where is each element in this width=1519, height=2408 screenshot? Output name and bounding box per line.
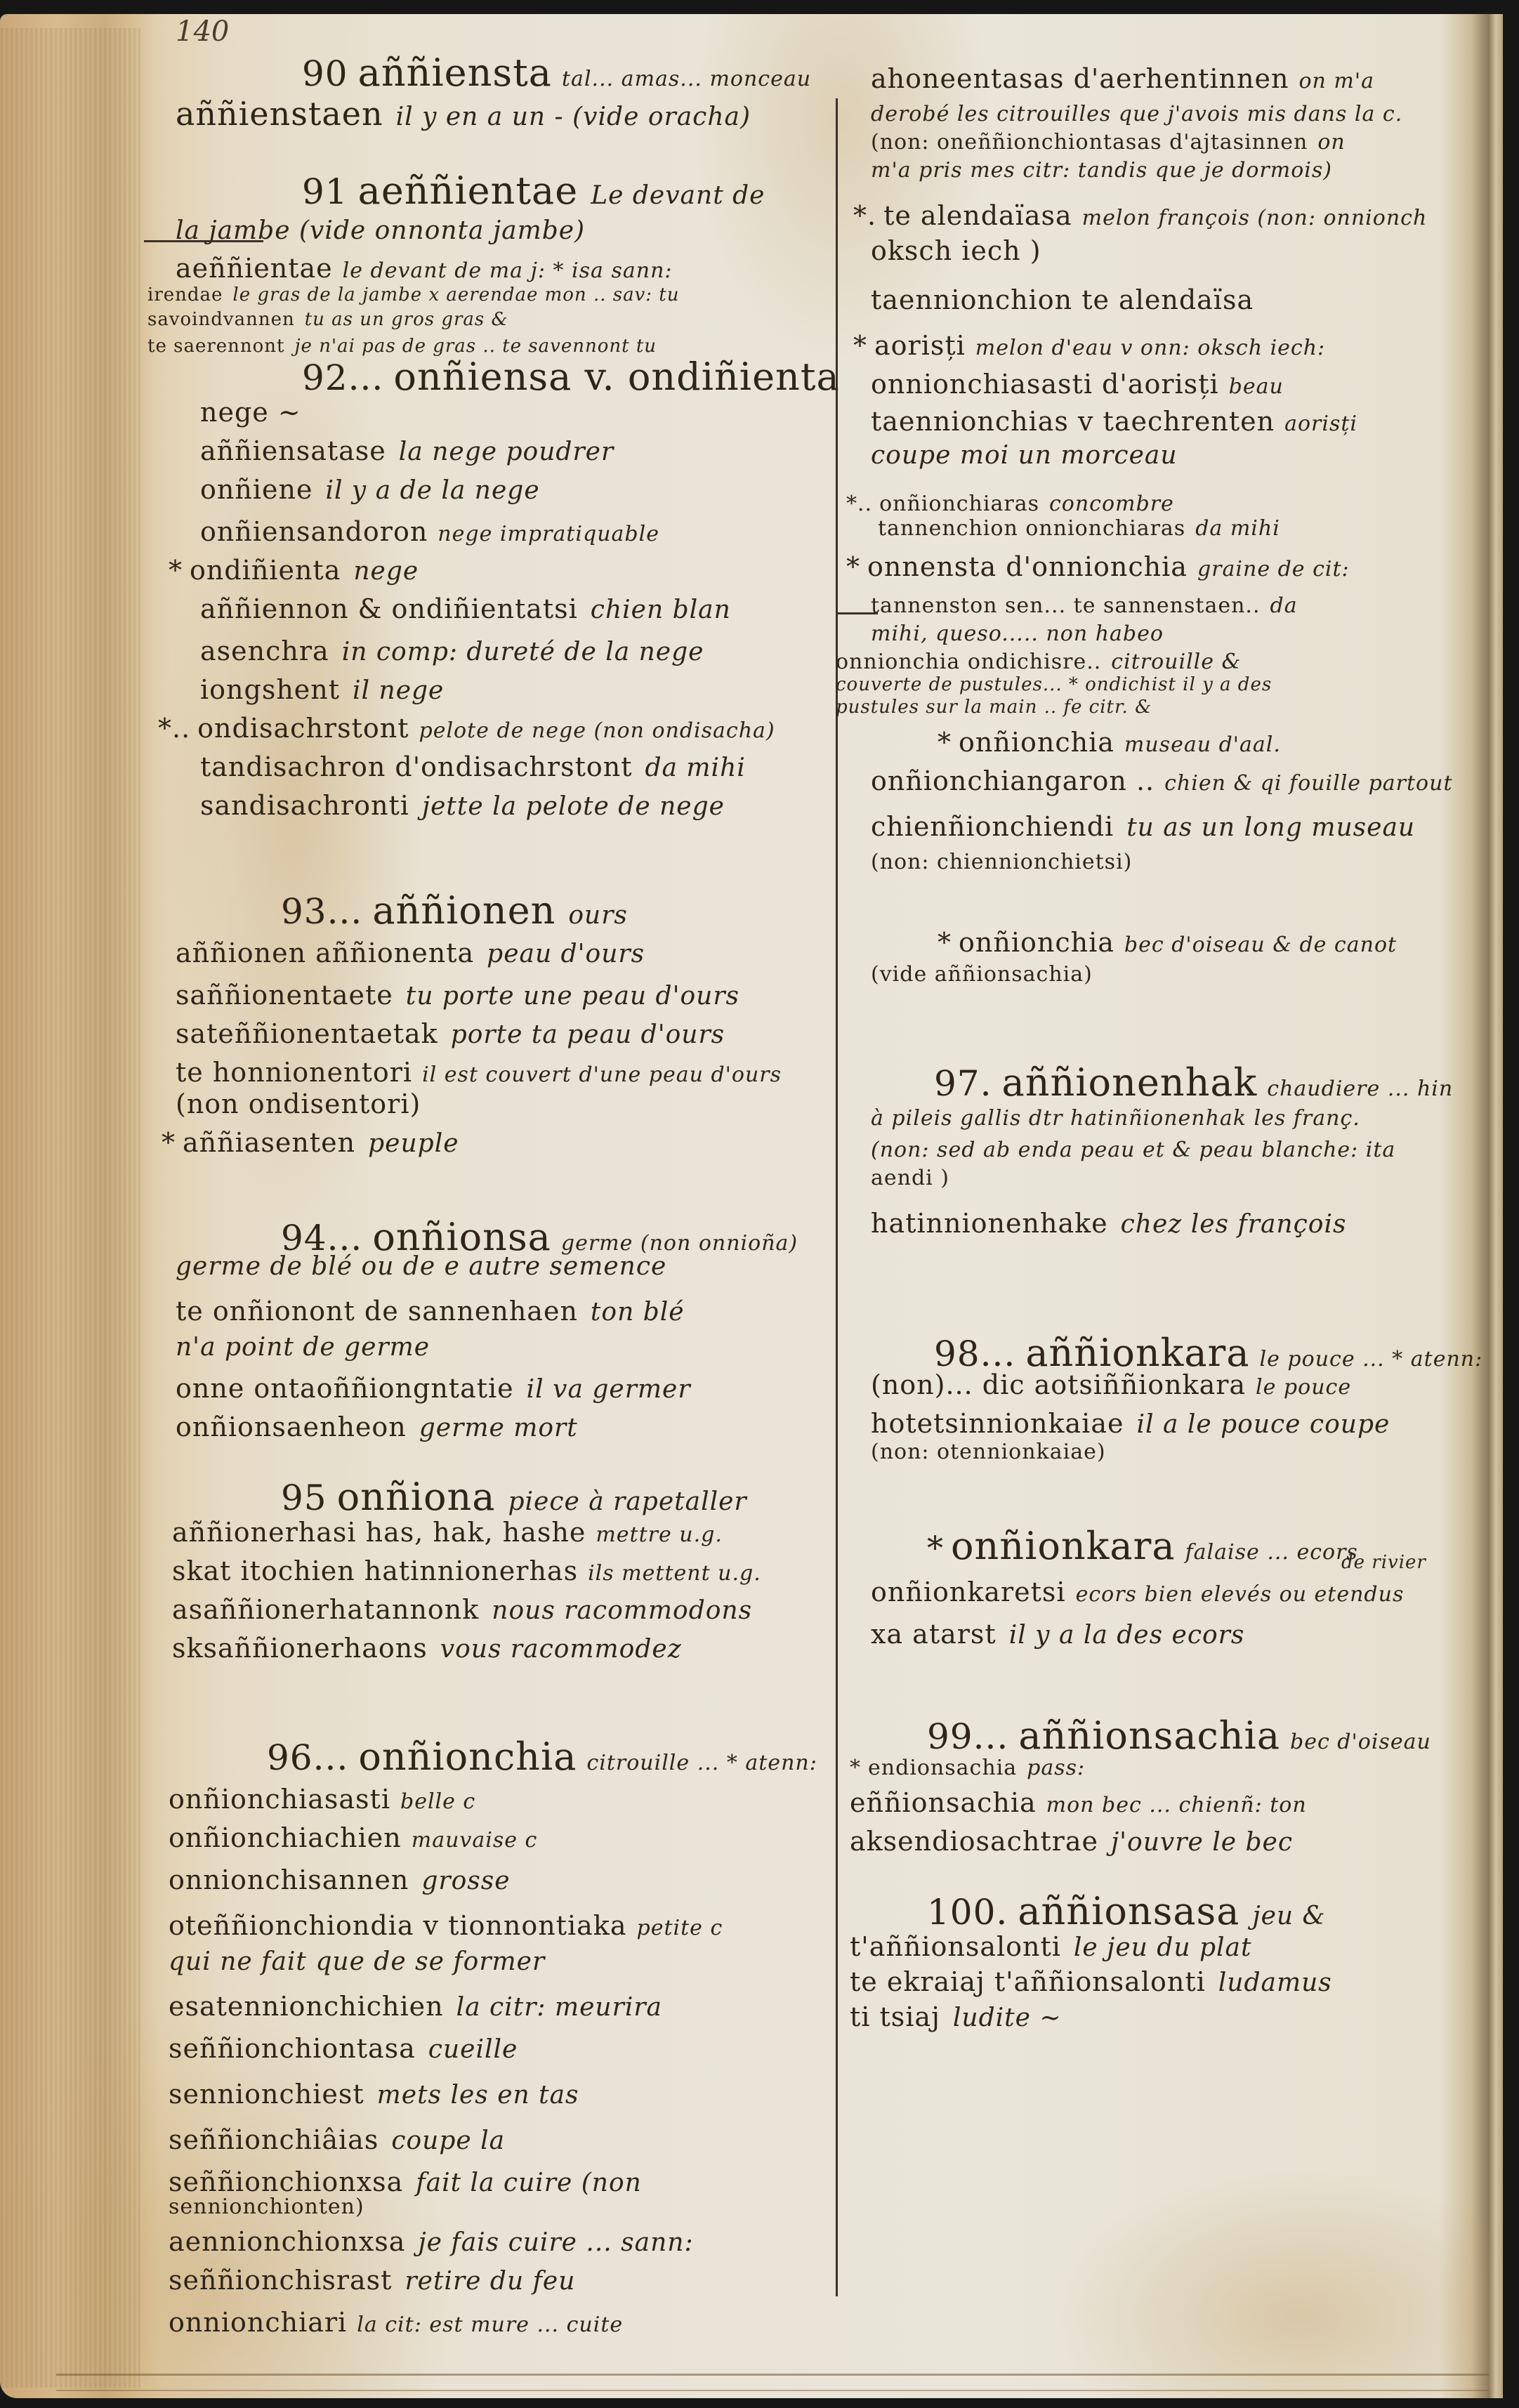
entry-line: hotetsinnionkaiaeil a le pouce coupe xyxy=(871,1408,1390,1439)
entry-line: sandisachrontijette la pelote de nege xyxy=(200,790,725,821)
entry-line: oksch iech ) xyxy=(871,235,1041,266)
entry-line: aennionchionxsaje fais cuire ... sann: xyxy=(169,2226,694,2257)
native-term: aññiensatase xyxy=(200,435,386,466)
native-term: te onñionont de sannenhaen xyxy=(176,1296,578,1327)
gloss: mets les en tas xyxy=(377,2081,579,2110)
entry-number: 100. xyxy=(927,1892,1008,1933)
asterisk-marker: * xyxy=(938,727,952,758)
native-term: saññionentaete xyxy=(176,980,393,1011)
entry-line: onñionchiangaron ..chien & qi fouille pa… xyxy=(871,765,1453,796)
gloss: melon françois (non: onnionch xyxy=(1082,206,1428,230)
native-term: te saerennont xyxy=(147,336,284,357)
native-term: onñiensandoron xyxy=(200,516,428,547)
gloss: peau d'ours xyxy=(487,940,645,968)
entry-92: 92...onñiensa v. ondiñienta xyxy=(302,355,840,399)
native-term: onñiene xyxy=(200,474,313,505)
gloss: il est couvert d'une peau d'ours xyxy=(422,1062,782,1087)
entry-98: 98...aññionkarale pouce ... * atenn: xyxy=(934,1331,1482,1375)
entry-number: 99... xyxy=(927,1716,1008,1757)
gloss: bec d'oiseau xyxy=(1290,1730,1431,1754)
entry-line: (non: otennionkaiae) xyxy=(871,1440,1106,1464)
native-term: onnionchiasasti d'aorisți xyxy=(871,369,1219,400)
entry-line: savoindvannentu as un gros gras & xyxy=(147,309,508,330)
gloss: ludamus xyxy=(1218,1968,1332,1997)
asterisk-marker: * xyxy=(927,1529,944,1567)
entry-line: aksendiosachtraej'ouvre le bec xyxy=(850,1826,1293,1857)
native-term: esatennionchichien xyxy=(169,1991,444,2022)
native-term: te alendaïasa xyxy=(883,200,1072,231)
entry-line: (vide aññionsachia) xyxy=(871,962,1093,987)
entry-line: aññiensatasela nege poudrer xyxy=(200,435,614,466)
entry-line: onñiensandoronnege impratiquable xyxy=(200,516,659,547)
gloss: on xyxy=(1317,130,1345,154)
entry-line: onñieneil y a de la nege xyxy=(200,474,540,505)
headword: aeññientae xyxy=(358,169,579,213)
gloss: da xyxy=(1270,593,1297,618)
gloss: Le devant de xyxy=(591,181,765,210)
entry-line: aeññientaele devant de ma j: * isa sann: xyxy=(176,253,673,284)
insertion-mark xyxy=(836,612,878,614)
gloss: la cit: est mure ... cuite xyxy=(357,2312,623,2337)
entry-line: qui ne fait que de se former xyxy=(169,1945,545,1976)
entry-line: tandisachron d'ondisachrstontda mihi xyxy=(200,751,746,782)
gloss: graine de cit: xyxy=(1197,557,1350,581)
native-term: t'aññionsalonti xyxy=(850,1931,1061,1962)
native-term: onnionchiari xyxy=(169,2307,347,2338)
gloss: aorisți xyxy=(1284,412,1357,436)
native-term: eññionsachia xyxy=(850,1787,1037,1818)
entry-95: 95onñionapiece à rapetaller xyxy=(281,1475,747,1519)
gloss: cueille xyxy=(428,2035,518,2064)
entry-line: saññionentaetetu porte une peau d'ours xyxy=(176,980,739,1011)
native-term: onnionchisannen xyxy=(169,1864,409,1895)
gloss: fait la cuire (non xyxy=(416,2169,642,2197)
native-term: onñionchiangaron .. xyxy=(871,765,1155,796)
gloss: mihi, queso..... non habeo xyxy=(871,621,1164,646)
headword: onñiensa v. ondiñienta xyxy=(393,355,839,399)
gloss: bec d'oiseau & de canot xyxy=(1124,933,1397,957)
entry-line: onnionchisannengrosse xyxy=(169,1864,511,1895)
gloss: la citr: meurira xyxy=(456,1993,662,2022)
native-term: seññionchiontasa xyxy=(169,2033,416,2064)
entry-line: *onñionchiamuseau d'aal. xyxy=(938,727,1281,758)
entry-line: te ekraiaj t'aññionsalontiludamus xyxy=(850,1966,1332,1997)
gloss: ludite ~ xyxy=(953,2004,1062,2032)
native-term: sennionchiest xyxy=(169,2079,364,2110)
native-term: ahoneentasas d'aerhentinnen xyxy=(871,63,1289,94)
asterisk-marker: * xyxy=(169,555,183,586)
native-term: sksaññionerhaons xyxy=(172,1633,428,1664)
asterisk-marker: * xyxy=(850,1756,861,1780)
asterisk-marker: *. xyxy=(853,200,876,231)
gloss: tu as un long museau xyxy=(1126,813,1415,842)
entry-line: onnionchia ondichisre..citrouille & xyxy=(836,650,1241,674)
entry-91: 91aeññientaeLe devant de xyxy=(302,169,765,213)
entry-line: aññienstaenil y en a un - (vide oracha) xyxy=(176,95,751,133)
entry-line: ahoneentasas d'aerhentinnenon m'a xyxy=(871,63,1374,94)
entry-line: sateññionentaetakporte ta peau d'ours xyxy=(176,1018,725,1049)
gloss: la nege poudrer xyxy=(399,437,614,466)
native-term: ti tsiaj xyxy=(850,2001,940,2032)
entry-line: seññionchiâiascoupe la xyxy=(169,2124,505,2155)
gloss: retire du feu xyxy=(405,2267,575,2296)
entry-line: *aññiasentenpeuple xyxy=(162,1127,459,1158)
gloss: citrouille ... * atenn: xyxy=(586,1751,817,1775)
entry-line: hatinnionenhakechez les françois xyxy=(871,1208,1346,1239)
native-term: chienñionchiendi xyxy=(871,811,1114,842)
entry-number: 98... xyxy=(934,1334,1015,1374)
entry-line: irendaele gras de la jambe x aerendae mo… xyxy=(147,284,680,305)
gloss: chien blan xyxy=(591,596,731,624)
entry-line: *endionsachiapass: xyxy=(850,1756,1085,1780)
gloss: il nege xyxy=(353,676,444,705)
gloss: nege xyxy=(353,557,419,586)
asterisk-marker: *.. xyxy=(846,492,872,516)
entry-line: xa atarstil y a la des ecors xyxy=(871,1619,1244,1650)
gloss: pelote de nege (non ondisacha) xyxy=(419,718,775,743)
entry-line: onñionchiasastibelle c xyxy=(169,1784,475,1815)
native-term: asaññionerhatannonk xyxy=(172,1594,479,1625)
gloss: grosse xyxy=(421,1867,510,1895)
gloss: couverte de pustules... * ondichist il y… xyxy=(836,674,1272,695)
entry-line: onñionchiachienmauvaise c xyxy=(169,1822,537,1853)
gloss: le jeu du plat xyxy=(1074,1933,1252,1962)
entry-line: esatennionchichienla citr: meurira xyxy=(169,1991,662,2022)
native-term: aññiasenten xyxy=(183,1127,355,1158)
gloss: germe mort xyxy=(419,1414,578,1442)
gloss: ils mettent u.g. xyxy=(588,1561,761,1586)
native-term: irendae xyxy=(147,284,223,305)
native-term: hatinnionenhake xyxy=(871,1208,1108,1239)
gloss: tu porte une peau d'ours xyxy=(406,982,739,1011)
native-term: onnensta d'onnionchia xyxy=(867,551,1188,582)
entry-90: 90aññienstatal... amas... monceau xyxy=(302,51,811,95)
page-number: 140 xyxy=(176,15,229,48)
native-term: onñionchiachien xyxy=(169,1822,402,1853)
entry-number: 97. xyxy=(934,1063,992,1104)
entry-line: aendi ) xyxy=(871,1166,949,1190)
asterisk-marker: * xyxy=(938,927,952,958)
asterisk-marker: * xyxy=(162,1127,176,1158)
gloss: chien & qi fouille partout xyxy=(1164,771,1452,796)
gloss: m'a pris mes citr: tandis que je dormois… xyxy=(871,158,1332,183)
entry-line: germe de blé ou de e autre semence xyxy=(176,1250,666,1281)
page-edges xyxy=(0,28,140,2388)
insertion-mark xyxy=(144,240,263,242)
native-term: tandisachron d'ondisachrstont xyxy=(200,751,632,782)
gloss: porte ta peau d'ours xyxy=(451,1020,725,1049)
entry-line: *.te alendaïasamelon françois (non: onni… xyxy=(853,200,1427,231)
native-term: onñionchiaras xyxy=(879,492,1039,516)
gloss: da mihi xyxy=(645,754,745,782)
gloss: in comp: dureté de la nege xyxy=(342,638,704,666)
native-term: xa atarst xyxy=(871,1619,997,1650)
gloss: belle c xyxy=(400,1789,475,1814)
entry-line: sennionchiestmets les en tas xyxy=(169,2079,579,2110)
gloss: je fais cuire ... sann: xyxy=(418,2228,693,2257)
entry-number: 90 xyxy=(302,53,348,94)
gloss: beau xyxy=(1229,374,1284,399)
native-term: onñionchiasasti xyxy=(169,1784,390,1815)
native-term: taennionchias v taechrenten xyxy=(871,406,1275,437)
entry-97: 97.aññionenhakchaudiere ... hin xyxy=(934,1060,1453,1105)
native-term: endionsachia xyxy=(868,1756,1017,1780)
entry-line: sksaññionerhaonsvous racommodez xyxy=(172,1633,682,1664)
entry-line: m'a pris mes citr: tandis que je dormois… xyxy=(871,158,1332,183)
entry-number: 92... xyxy=(302,357,383,398)
gloss: j'ouvre le bec xyxy=(1111,1828,1293,1857)
native-term: (non: oneññionchiontasas d'ajtasinnen xyxy=(871,130,1308,154)
entry-line: *..ondisachrstontpelote de nege (non ond… xyxy=(158,713,775,744)
gloss: germe de blé ou de e autre semence xyxy=(176,1252,666,1281)
entry-line: onnionchiasasti d'aorisțibeau xyxy=(871,369,1284,400)
native-term: seññionchionxsa xyxy=(169,2166,403,2197)
native-term: onñionsaenheon xyxy=(176,1412,407,1442)
native-term: aññionen aññionenta xyxy=(176,937,474,968)
headword: aññionenhak xyxy=(1002,1060,1258,1105)
native-term: te honnionentori xyxy=(176,1057,412,1088)
entry-line: *aorisțimelon d'eau v onn: oksch iech: xyxy=(853,330,1325,361)
entry-line: skat itochien hatinnionerhasils mettent … xyxy=(172,1555,761,1586)
entry-line: seññionchisrastretire du feu xyxy=(169,2265,575,2296)
gloss: museau d'aal. xyxy=(1124,732,1281,757)
native-term: savoindvannen xyxy=(147,309,295,330)
native-term: aennionchionxsa xyxy=(169,2226,405,2257)
entry-line: taennionchias v taechrentenaorisți xyxy=(871,406,1357,437)
native-term: onne ontaoññiongntatie xyxy=(176,1373,514,1404)
gloss: le pouce xyxy=(1256,1375,1351,1400)
gloss: le pouce ... * atenn: xyxy=(1260,1347,1483,1371)
gloss: on m'a xyxy=(1298,69,1374,93)
gloss: piece à rapetaller xyxy=(508,1487,747,1516)
gloss: ecors bien elevés ou etendus xyxy=(1076,1582,1405,1607)
gloss: (non: sed ab enda peau et & peau blanche… xyxy=(871,1138,1395,1162)
entry-number: 96... xyxy=(267,1737,348,1778)
column-divider xyxy=(836,98,838,2296)
entry-line: taennionchion te alendaïsa xyxy=(871,284,1254,315)
gloss: à pileis gallis dtr hatinñionenhak les f… xyxy=(871,1106,1360,1131)
entry-line: (non)... dic aotsiññionkarale pouce xyxy=(871,1369,1351,1400)
gloss: de rivier xyxy=(1341,1552,1426,1573)
entry-93: 93...aññionenours xyxy=(281,888,628,933)
gloss: pustules sur la main .. fe citr. & xyxy=(836,697,1152,718)
gloss: nege impratiquable xyxy=(438,522,659,546)
native-term: onñionchia xyxy=(959,927,1114,958)
worn-bottom-edge xyxy=(56,2374,1489,2391)
native-term: oteññionchiondia v tionnontiaka xyxy=(169,1910,626,1941)
headword: aññionsasa xyxy=(1018,1889,1239,1933)
entry-line: aññionen aññionentapeau d'ours xyxy=(176,937,645,968)
entry-line: *onnensta d'onnionchiagraine de cit: xyxy=(846,551,1350,582)
asterisk-marker: * xyxy=(846,551,860,582)
gloss: le gras de la jambe x aerendae mon .. sa… xyxy=(232,284,679,305)
native-term: seññionchisrast xyxy=(169,2265,392,2296)
entry-number: 95 xyxy=(281,1478,327,1518)
native-term: asenchra xyxy=(200,636,329,666)
gloss: melon d'eau v onn: oksch iech: xyxy=(975,336,1325,360)
entry-line: *onñionchiabec d'oiseau & de canot xyxy=(938,927,1397,958)
gloss: tal... amas... monceau xyxy=(562,67,811,91)
native-term: tannenston sen... te sannenstaen.. xyxy=(871,593,1260,618)
native-term: te ekraiaj t'aññionsalonti xyxy=(850,1966,1206,1997)
entry-line: onne ontaoññiongntatieil va germer xyxy=(176,1373,691,1404)
entry-line: seññionchiontasacueille xyxy=(169,2033,518,2064)
gloss: je n'ai pas de gras .. te savennont tu xyxy=(294,336,657,357)
gloss: falaise ... ecors xyxy=(1185,1540,1358,1565)
native-term: onñionchia xyxy=(959,727,1114,758)
entry-line: n'a point de germe xyxy=(176,1331,430,1362)
native-term: aññiennon & ondiñientatsi xyxy=(200,593,578,624)
entry-line: asenchrain comp: dureté de la nege xyxy=(200,636,704,666)
entry-line: te honnionentoriil est couvert d'une pea… xyxy=(176,1057,782,1088)
native-term: sandisachronti xyxy=(200,790,409,821)
entry-line: tannenston sen... te sannenstaen..da xyxy=(871,593,1298,618)
entry-line: t'aññionsalontile jeu du plat xyxy=(850,1931,1251,1962)
native-term: sateññionentaetak xyxy=(176,1018,438,1049)
entry-line: *onñionkarafalaise ... ecors xyxy=(927,1524,1358,1568)
headword: onñiona xyxy=(337,1475,496,1519)
gloss: peuple xyxy=(368,1129,459,1158)
headword: aññionsachia xyxy=(1018,1713,1280,1758)
gloss: il y en a un - (vide oracha) xyxy=(396,103,751,131)
gloss: petite c xyxy=(636,1916,723,1940)
entry-line: à pileis gallis dtr hatinñionenhak les f… xyxy=(871,1106,1360,1131)
gloss: concombre xyxy=(1049,492,1174,516)
gloss: vous racommodez xyxy=(440,1635,682,1664)
native-term: ondisachrstont xyxy=(197,713,409,744)
native-term: hotetsinnionkaiae xyxy=(871,1408,1124,1439)
entry-line: pustules sur la main .. fe citr. & xyxy=(836,697,1152,718)
native-term: aeññientae xyxy=(176,253,333,284)
gloss: chaudiere ... hin xyxy=(1267,1077,1453,1101)
entry-line: iongshentil nege xyxy=(200,674,444,705)
entry-line: derobé les citrouilles que j'avois mis d… xyxy=(871,102,1402,126)
entry-line: nege ~ xyxy=(200,397,301,428)
headword: onñionchia xyxy=(358,1735,577,1779)
entry-number: 93... xyxy=(281,891,362,932)
native-term: ondiñienta xyxy=(190,555,341,586)
gloss: il y a la des ecors xyxy=(1009,1621,1245,1650)
entry-line: coupe moi un morceau xyxy=(871,439,1178,470)
headword: aññionen xyxy=(372,888,555,933)
gloss: pass: xyxy=(1027,1756,1085,1780)
entry-line: oteññionchiondia v tionnontiakapetite c xyxy=(169,1910,723,1941)
entry-96: 96...onñionchiacitrouille ... * atenn: xyxy=(267,1735,817,1779)
gloss: citrouille & xyxy=(1111,650,1241,674)
entry-line: de rivier xyxy=(1341,1552,1426,1573)
headword: aññionkara xyxy=(1025,1331,1249,1375)
entry-line: couverte de pustules... * ondichist il y… xyxy=(836,674,1272,695)
entry-line: aññiennon & ondiñientatsichien blan xyxy=(200,593,731,624)
entry-line: seññionchionxsafait la cuire (non xyxy=(169,2166,642,2197)
native-term: skat itochien hatinnionerhas xyxy=(172,1555,578,1586)
entry-line: eññionsachiamon bec ... chienñ: ton xyxy=(850,1787,1307,1818)
entry-line: (non: oneññionchiontasas d'ajtasinnenon xyxy=(871,130,1346,154)
gloss: qui ne fait que de se former xyxy=(169,1947,545,1976)
headword: aññiensta xyxy=(358,51,552,95)
asterisk-marker: * xyxy=(853,330,867,361)
manuscript-page: 140 90aññienstatal... amas... monceau añ… xyxy=(0,0,1519,2408)
headword: onñionkara xyxy=(951,1524,1176,1568)
native-term: aorisți xyxy=(874,330,966,361)
native-term: seññionchiâias xyxy=(169,2124,379,2155)
asterisk-marker: *.. xyxy=(158,713,190,744)
native-term: onnionchia ondichisre.. xyxy=(836,650,1101,674)
entry-line: ti tsiajludite ~ xyxy=(850,2001,1062,2032)
gloss: il a le pouce coupe xyxy=(1136,1410,1390,1439)
entry-line: (non: chiennionchietsi) xyxy=(871,850,1132,874)
gloss: tu as un gros gras & xyxy=(305,309,508,330)
entry-line: (non ondisentori) xyxy=(176,1088,421,1119)
entry-99: 99...aññionsachiabec d'oiseau xyxy=(927,1713,1431,1758)
entry-line: onnionchiarila cit: est mure ... cuite xyxy=(169,2307,623,2338)
gloss: il y a de la nege xyxy=(325,476,539,505)
entry-line: sennionchionten) xyxy=(169,2195,364,2219)
gloss: coupe la xyxy=(391,2126,505,2155)
entry-line: asaññionerhatannonknous racommodons xyxy=(172,1594,752,1625)
native-term: tannenchion onnionchiaras xyxy=(878,516,1185,541)
entry-line: te saerennontje n'ai pas de gras .. te s… xyxy=(147,336,657,357)
gloss: ton blé xyxy=(591,1298,685,1327)
entry-line: chienñionchienditu as un long museau xyxy=(871,811,1415,842)
gloss: le devant de ma j: * isa sann: xyxy=(343,258,673,283)
gloss: jeu & xyxy=(1252,1902,1325,1930)
gloss: derobé les citrouilles que j'avois mis d… xyxy=(871,102,1402,126)
gloss: n'a point de germe xyxy=(176,1333,430,1362)
native-term: onñionkaretsi xyxy=(871,1577,1066,1607)
gloss: mon bec ... chienñ: ton xyxy=(1046,1793,1307,1817)
gloss: mettre u.g. xyxy=(596,1522,723,1547)
entry-line: te onñionont de sannenhaenton blé xyxy=(176,1296,685,1327)
native-term: aññionerhasi has, hak, hashe xyxy=(172,1517,586,1548)
entry-line: onñionsaenheongerme mort xyxy=(176,1412,578,1442)
gloss: da mihi xyxy=(1195,516,1280,541)
native-term: iongshent xyxy=(200,674,340,705)
gloss: nous racommodons xyxy=(492,1596,752,1625)
gloss: chez les françois xyxy=(1121,1210,1347,1239)
entry-line: onñionkaretsiecors bien elevés ou etendu… xyxy=(871,1577,1404,1607)
native-term: aksendiosachtrae xyxy=(850,1826,1098,1857)
gloss: jette la pelote de nege xyxy=(422,792,725,821)
entry-100: 100.aññionsasajeu & xyxy=(927,1889,1326,1933)
entry-number: 91 xyxy=(302,171,348,212)
entry-line: (non: sed ab enda peau et & peau blanche… xyxy=(871,1138,1395,1162)
gloss: il va germer xyxy=(527,1375,691,1404)
entry-line: *..onñionchiarasconcombre xyxy=(846,492,1174,516)
gloss: ours xyxy=(568,901,628,930)
native-term: aññienstaen xyxy=(176,95,383,133)
entry-line: tannenchion onnionchiarasda mihi xyxy=(878,516,1280,541)
gloss: coupe moi un morceau xyxy=(871,441,1178,470)
entry-line: *ondiñientanege xyxy=(169,555,419,586)
gloss: mauvaise c xyxy=(412,1828,538,1853)
native-term: (non)... dic aotsiññionkara xyxy=(871,1369,1246,1400)
entry-line: mihi, queso..... non habeo xyxy=(871,621,1164,646)
entry-line: aññionerhasi has, hak, hashemettre u.g. xyxy=(172,1517,723,1548)
